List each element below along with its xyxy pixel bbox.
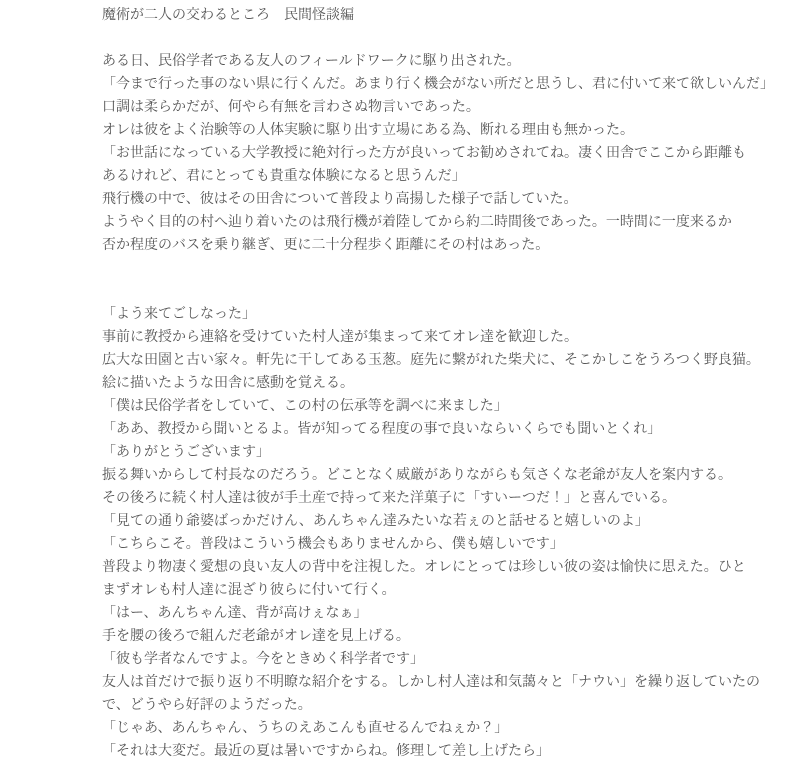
text-line: その後ろに続く村人達は彼が手土産で持って来た洋菓子に「すいーつだ！」と喜んでいる… xyxy=(102,486,787,509)
text-line: 「はー、あんちゃん達、背が高けぇなぁ」 xyxy=(102,601,787,624)
novel-text-page: 魔術が二人の交わるところ 民間怪談編 ある日、民俗学者である友人のフィールドワー… xyxy=(0,0,793,768)
text-line: 「こちらこそ。普段はこういう機会もありませんから、僕も嬉しいです」 xyxy=(102,532,787,555)
text-line: 「彼も学者なんですよ。今をときめく科学者です」 xyxy=(102,647,787,670)
text-line: 「それは大変だ。最近の夏は暑いですからね。修理して差し上げたら」 xyxy=(102,739,787,762)
text-line: 手を腰の後ろで組んだ老爺がオレ達を見上げる。 xyxy=(102,624,787,647)
text-line: 振る舞いからして村長なのだろう。どことなく威厳がありながらも気さくな老爺が友人を… xyxy=(102,463,787,486)
text-line: 絵に描いたような田舎に感動を覚える。 xyxy=(102,371,787,394)
text-line: 飛行機の中で、彼はその田舎について普段より高揚した様子で話していた。 xyxy=(102,187,787,210)
text-line: オレは彼をよく治験等の人体実験に駆り出す立場にある為、断れる理由も無かった。 xyxy=(102,118,787,141)
text-line: 普段より物凄く愛想の良い友人の背中を注視した。オレにとっては珍しい彼の姿は愉快に… xyxy=(102,555,787,578)
text-line: 「見ての通り爺婆ばっかだけん、あんちゃん達みたいな若ぇのと話せると嬉しいのよ」 xyxy=(102,509,787,532)
text-line: 「お世話になっている大学教授に絶対行った方が良いってお勧めされてね。凄く田舎でこ… xyxy=(102,141,787,164)
document-title: 魔術が二人の交わるところ 民間怪談編 xyxy=(102,3,787,26)
text-line: 「よう来てごしなった」 xyxy=(102,302,787,325)
text-line: まずオレも村人達に混ざり彼らに付いて行く。 xyxy=(102,578,787,601)
text-line: 「じゃあ、あんちゃん、うちのえあこんも直せるんでねぇか？」 xyxy=(102,716,787,739)
text-line: 友人は首だけで振り返り不明瞭な紹介をする。しかし村人達は和気藹々と「ナウい」を繰… xyxy=(102,670,787,693)
blank-line xyxy=(102,279,787,302)
text-line: 否か程度のバスを乗り継ぎ、更に二十分程歩く距離にその村はあった。 xyxy=(102,233,787,256)
text-line: ある日、民俗学者である友人のフィールドワークに駆り出された。 xyxy=(102,49,787,72)
text-line: ようやく目的の村へ辿り着いたのは飛行機が着陸してから約二時間後であった。一時間に… xyxy=(102,210,787,233)
text-line: あるけれど、君にとっても貴重な体験になると思うんだ」 xyxy=(102,164,787,187)
text-line: 「ありがとうございます」 xyxy=(102,440,787,463)
text-line: 事前に教授から連絡を受けていた村人達が集まって来てオレ達を歓迎した。 xyxy=(102,325,787,348)
text-line: 広大な田園と古い家々。軒先に干してある玉葱。庭先に繋がれた柴犬に、そこかしこをう… xyxy=(102,348,787,371)
blank-line xyxy=(102,26,787,49)
text-line: 口調は柔らかだが、何やら有無を言わさぬ物言いであった。 xyxy=(102,95,787,118)
text-line: 「僕は民俗学者をしていて、この村の伝承等を調べに来ました」 xyxy=(102,394,787,417)
blank-line xyxy=(102,256,787,279)
text-line: で、どうやら好評のようだった。 xyxy=(102,693,787,716)
text-line: 「今まで行った事のない県に行くんだ。あまり行く機会がない所だと思うし、君に付いて… xyxy=(102,72,787,95)
text-line: 「ああ、教授から聞いとるよ。皆が知ってる程度の事で良いならいくらでも聞いとくれ」 xyxy=(102,417,787,440)
